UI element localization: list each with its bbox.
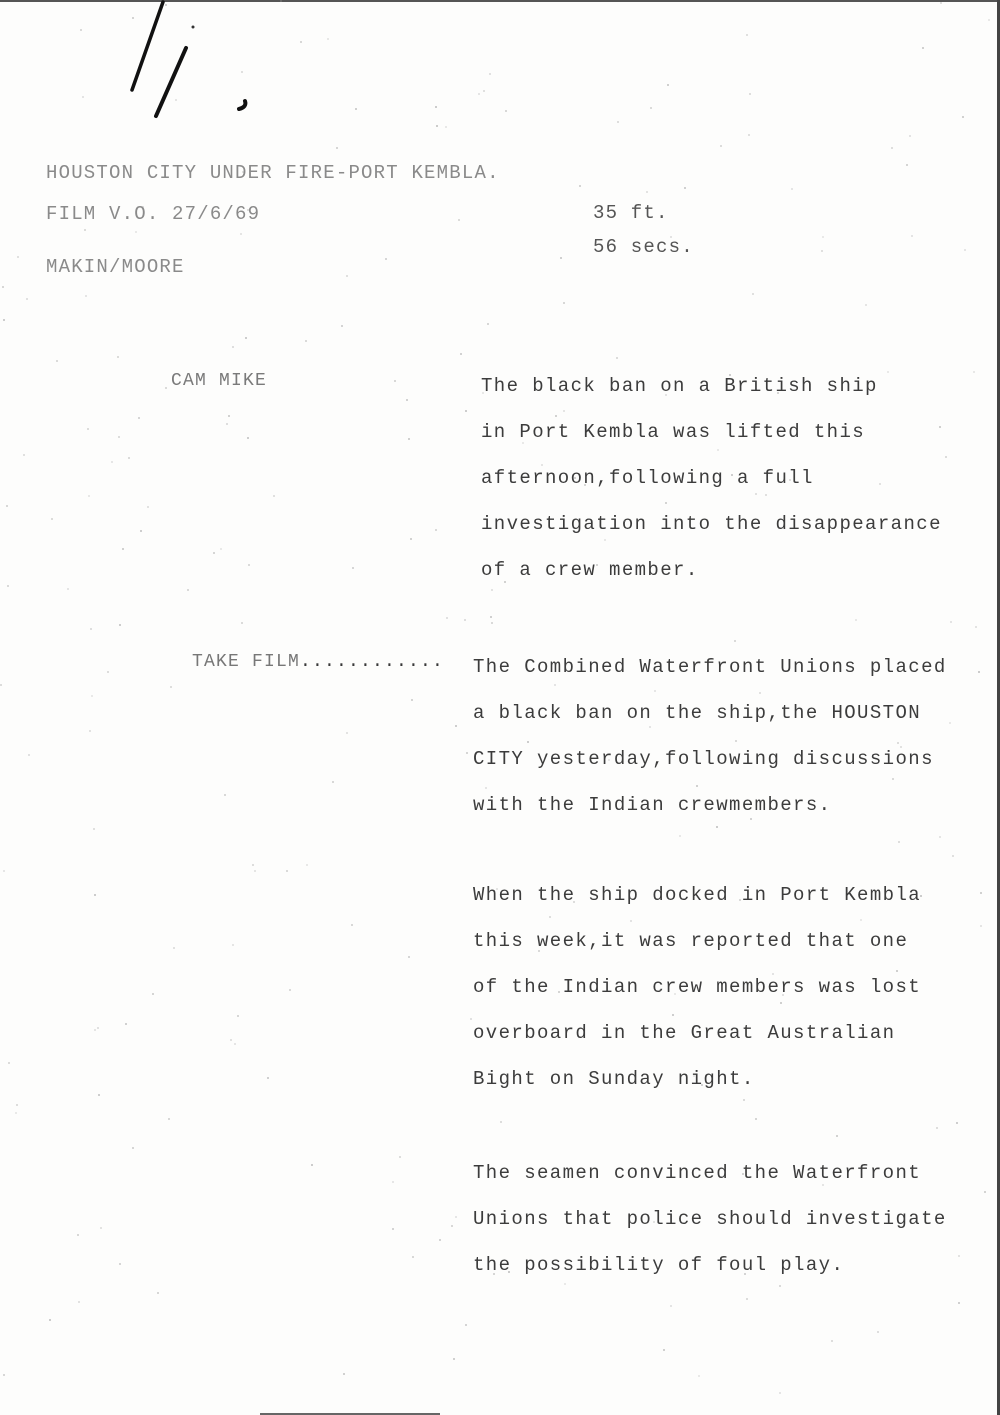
scan-speck	[496, 888, 498, 890]
film-format-and-date: FILM V.O. 27/6/69	[46, 203, 260, 225]
scan-speck	[831, 1340, 833, 1342]
script-line: with the Indian crewmembers.	[473, 782, 947, 828]
scan-speck	[574, 477, 576, 479]
scan-speck	[26, 298, 28, 300]
scan-speck	[746, 34, 748, 36]
scan-speck	[173, 947, 175, 949]
scan-speck	[860, 919, 862, 921]
reporter-credits: MAKIN/MOORE	[46, 256, 185, 278]
scan-speck	[900, 746, 902, 748]
scan-speck	[596, 564, 598, 566]
scan-speck	[100, 1227, 102, 1229]
scan-speck	[3, 319, 5, 321]
scan-speck	[111, 461, 113, 463]
scan-speck	[988, 19, 990, 21]
scan-speck	[84, 229, 86, 231]
script-paragraph-2: The Combined Waterfront Unions placed a …	[473, 644, 947, 828]
scan-speck	[879, 483, 881, 485]
cue-cam-mike: CAM MIKE	[171, 371, 267, 391]
scan-speck	[604, 539, 606, 541]
scan-speck	[779, 1392, 781, 1394]
scan-speck	[247, 209, 249, 211]
scan-speck	[909, 135, 911, 137]
scan-speck	[906, 164, 908, 166]
scan-speck	[791, 188, 793, 190]
scan-speck	[346, 275, 348, 277]
scan-speck	[28, 754, 30, 756]
scan-speck	[936, 1127, 938, 1129]
scan-speck	[7, 585, 9, 587]
scan-speck	[142, 206, 144, 208]
scan-speck	[505, 110, 507, 112]
scan-speck	[289, 989, 291, 991]
script-line: of the Indian crew members was lost	[473, 964, 921, 1010]
scan-speck	[887, 371, 889, 373]
scan-speck	[665, 502, 667, 504]
scan-speck	[744, 1273, 746, 1275]
scan-speck	[273, 495, 275, 497]
scan-speck	[684, 187, 686, 189]
scan-speck	[187, 589, 189, 591]
scan-speck	[573, 901, 575, 903]
scan-speck	[213, 552, 215, 554]
script-line: afternoon,following a full	[481, 455, 942, 501]
scan-speck	[466, 752, 468, 754]
scan-speck	[720, 145, 722, 147]
script-page: HOUSTON CITY UNDER FIRE-PORT KEMBLA. FIL…	[0, 0, 1000, 1415]
scan-speck	[504, 581, 506, 583]
scan-speck	[875, 661, 877, 663]
scan-speck	[392, 1181, 394, 1183]
scan-speck	[436, 125, 438, 127]
scan-speck	[352, 567, 354, 569]
script-line: The Combined Waterfront Unions placed	[473, 644, 947, 690]
scan-speck	[617, 121, 619, 123]
cue-take-film: TAKE FILM............	[192, 652, 444, 672]
scan-speck	[554, 684, 556, 686]
script-line: The black ban on a British ship	[481, 363, 942, 409]
scan-speck	[952, 855, 954, 857]
scan-speck	[549, 916, 551, 918]
scan-speck	[332, 781, 334, 783]
scan-speck	[85, 295, 87, 297]
script-line: a black ban on the ship,the HOUSTON	[473, 690, 947, 736]
scan-speck	[749, 93, 751, 95]
scan-speck	[305, 340, 307, 342]
scan-speck	[729, 374, 731, 376]
scan-speck	[8, 1062, 10, 1064]
scan-speck	[717, 449, 719, 451]
scan-speck	[973, 371, 975, 373]
scan-speck	[98, 1094, 100, 1096]
scan-speck	[716, 826, 718, 828]
script-line: the possibility of foul play.	[473, 1242, 947, 1288]
scan-speck	[958, 1255, 960, 1257]
scan-speck	[232, 346, 234, 348]
scan-speck	[89, 730, 91, 732]
scan-speck	[750, 818, 752, 820]
scan-speck	[117, 356, 119, 358]
scan-speck	[980, 925, 982, 927]
scan-speck	[865, 304, 867, 306]
scan-speck	[891, 147, 893, 149]
scan-speck	[491, 622, 493, 624]
scan-speck	[78, 1301, 80, 1303]
scan-speck	[709, 898, 711, 900]
scan-speck	[949, 722, 951, 724]
scan-speck	[241, 71, 243, 73]
scan-speck	[412, 1256, 414, 1258]
scan-speck	[241, 622, 243, 624]
scan-speck	[439, 1239, 441, 1241]
scan-speck	[132, 1147, 134, 1149]
scan-speck	[822, 236, 824, 238]
scan-speck	[821, 250, 823, 252]
scan-speck	[138, 417, 140, 419]
scan-speck	[672, 1014, 674, 1016]
scan-speck	[564, 1283, 566, 1285]
scan-speck	[435, 106, 437, 108]
handwritten-slash-marks-icon	[120, 0, 280, 150]
scan-speck	[152, 993, 154, 995]
scan-speck	[385, 258, 387, 260]
scan-speck	[252, 864, 254, 866]
scan-speck	[950, 621, 952, 623]
scan-speck	[822, 1184, 824, 1186]
scan-speck	[616, 357, 618, 359]
scan-speck	[911, 235, 913, 237]
scan-speck	[779, 1285, 781, 1287]
scan-speck	[491, 589, 493, 591]
scan-speck	[336, 147, 338, 149]
story-slug-title: HOUSTON CITY UNDER FIRE-PORT KEMBLA.	[46, 162, 500, 184]
script-line: The seamen convinced the Waterfront	[473, 1150, 947, 1196]
scan-speck	[460, 353, 462, 355]
scan-speck	[735, 740, 737, 742]
scan-speck	[2, 286, 4, 288]
scan-speck	[855, 619, 857, 621]
scan-speck	[563, 302, 565, 304]
scan-speck	[224, 794, 226, 796]
scan-speck	[128, 457, 130, 459]
scan-speck	[653, 1221, 655, 1223]
scan-speck	[940, 2, 942, 4]
scan-speck	[311, 1164, 313, 1166]
scan-speck	[165, 4, 167, 6]
scan-speck	[3, 870, 5, 872]
scan-speck	[220, 548, 222, 550]
scan-speck	[563, 410, 565, 412]
scan-speck	[698, 1375, 700, 1377]
scan-speck	[17, 256, 19, 258]
script-paragraph-4: The seamen convinced the Waterfront Unio…	[473, 1150, 947, 1288]
scan-speck	[286, 870, 288, 872]
scan-speck	[455, 1216, 457, 1218]
scan-speck	[485, 787, 487, 789]
scan-speck	[15, 1112, 17, 1114]
scan-speck	[232, 944, 234, 946]
scan-speck	[464, 619, 466, 621]
scan-speck	[489, 73, 491, 75]
scan-speck	[119, 624, 121, 626]
scan-speck	[674, 993, 676, 995]
film-duration: 56 secs.	[593, 236, 694, 258]
scan-speck	[650, 107, 652, 109]
script-line: When the ship docked in Port Kembla	[473, 872, 921, 918]
scan-speck	[125, 1023, 127, 1025]
scan-speck	[49, 1319, 51, 1321]
scan-speck	[94, 894, 96, 896]
scan-speck	[777, 392, 779, 394]
scan-speck	[465, 410, 467, 412]
scan-speck	[3, 1374, 5, 1376]
scan-speck	[701, 1084, 703, 1086]
scan-speck	[748, 134, 750, 136]
scan-speck	[88, 495, 90, 497]
cue-take-film-label: TAKE FILM	[192, 652, 300, 672]
scan-speck	[228, 415, 230, 417]
scan-speck	[230, 1039, 232, 1041]
scan-speck	[897, 742, 899, 744]
scan-speck	[558, 991, 560, 993]
scan-speck	[739, 899, 741, 901]
scan-speck	[23, 454, 25, 456]
scan-speck	[408, 956, 410, 958]
scan-speck	[478, 93, 480, 95]
scan-speck	[734, 640, 736, 642]
scan-speck	[341, 325, 343, 327]
scan-speck	[458, 219, 460, 221]
scan-speck	[306, 864, 308, 866]
scan-speck	[451, 1225, 453, 1227]
scan-speck	[0, 684, 2, 686]
scan-speck	[355, 108, 357, 110]
script-line: investigation into the disappearance	[481, 501, 942, 547]
scan-speck	[122, 548, 124, 550]
scan-speck	[93, 828, 95, 830]
scan-speck	[16, 1104, 18, 1106]
scan-speck	[667, 84, 669, 86]
scan-speck	[165, 387, 167, 389]
scan-speck	[170, 686, 172, 688]
scan-speck	[663, 1349, 665, 1351]
scan-speck	[94, 1029, 96, 1031]
scan-speck	[654, 690, 656, 692]
scan-speck	[254, 870, 256, 872]
scan-speck	[445, 126, 447, 128]
scan-speck	[939, 836, 941, 838]
scan-speck	[630, 920, 632, 922]
scan-speck	[132, 17, 134, 19]
scan-speck	[487, 323, 489, 325]
scan-speck	[406, 399, 408, 401]
scan-speck	[226, 423, 228, 425]
scan-speck	[624, 520, 626, 522]
scan-speck	[892, 778, 894, 780]
scan-speck	[97, 1027, 99, 1029]
script-line: in Port Kembla was lifted this	[481, 409, 942, 455]
scan-speck	[493, 1273, 495, 1275]
scan-speck	[696, 785, 698, 787]
scan-speck	[490, 616, 492, 618]
scan-speck	[980, 892, 982, 894]
scan-speck	[118, 436, 120, 438]
scan-speck	[240, 233, 242, 235]
scan-speck	[82, 96, 84, 98]
scan-speck	[765, 494, 767, 496]
scan-speck	[780, 1002, 782, 1004]
scan-speck	[956, 1122, 958, 1124]
scan-speck	[522, 442, 524, 444]
film-length: 35 ft.	[593, 202, 669, 224]
scan-speck	[483, 90, 485, 92]
scan-speck	[527, 741, 529, 743]
scan-speck	[175, 99, 177, 101]
scan-speck	[399, 1156, 401, 1158]
scan-speck	[560, 257, 562, 259]
scan-speck	[56, 360, 58, 362]
scan-speck	[693, 1075, 695, 1077]
scan-speck	[922, 47, 924, 49]
scan-speck	[87, 428, 89, 430]
scan-speck	[541, 464, 543, 466]
scan-speck	[465, 1324, 467, 1326]
scan-speck	[608, 759, 610, 761]
script-line: overboard in the Great Australian	[473, 1010, 921, 1056]
scan-speck	[508, 1271, 510, 1273]
scan-speck	[248, 564, 250, 566]
scan-speck	[242, 171, 244, 173]
scan-speck	[665, 394, 667, 396]
scan-speck	[267, 1077, 269, 1079]
scan-speck	[51, 518, 53, 520]
scan-speck	[107, 671, 109, 673]
scan-speck	[343, 1373, 345, 1375]
scan-speck	[410, 538, 412, 540]
scan-speck	[958, 1302, 960, 1304]
scan-speck	[453, 1358, 455, 1360]
scan-speck	[670, 1305, 672, 1307]
script-paragraph-1: The black ban on a British ship in Port …	[481, 363, 942, 593]
scan-speck	[742, 1173, 744, 1175]
scan-speck	[984, 1191, 986, 1193]
scan-speck	[408, 438, 410, 440]
scan-speck	[247, 437, 249, 439]
scan-speck	[482, 392, 484, 394]
scan-speck	[119, 1263, 121, 1265]
scan-speck	[772, 973, 774, 975]
scan-speck	[464, 175, 466, 177]
scan-speck	[538, 950, 540, 952]
script-paragraph-3: When the ship docked in Port Kembla this…	[473, 872, 921, 1102]
scan-speck	[91, 695, 93, 697]
scan-speck	[446, 617, 448, 619]
scan-speck	[759, 692, 761, 694]
scan-speck	[157, 1292, 159, 1294]
scan-speck	[147, 506, 149, 508]
scan-speck	[679, 835, 681, 837]
scan-speck	[584, 484, 586, 486]
scan-speck	[746, 1298, 748, 1300]
scan-speck	[782, 994, 784, 996]
scan-speck	[670, 236, 672, 238]
scan-speck	[327, 38, 329, 40]
scan-speck	[836, 1135, 838, 1137]
scan-speck	[920, 895, 922, 897]
scan-speck	[67, 588, 69, 590]
scan-speck	[752, 293, 754, 295]
scan-speck	[898, 841, 900, 843]
scan-speck	[500, 1121, 502, 1123]
scan-speck	[964, 249, 966, 251]
scan-speck	[743, 1099, 745, 1101]
scan-speck	[579, 185, 581, 187]
scan-speck	[789, 479, 791, 481]
scan-speck	[245, 337, 247, 339]
scan-speck	[470, 1018, 472, 1020]
scan-speck	[135, 231, 137, 233]
cue-dot-leader: ............	[300, 652, 444, 672]
script-line: of a crew member.	[481, 547, 942, 593]
scan-speck	[280, 0, 282, 2]
scan-speck	[649, 726, 651, 728]
scan-speck	[755, 1118, 757, 1120]
scan-speck	[392, 1228, 394, 1230]
script-line: Bight on Sunday night.	[473, 1056, 921, 1102]
scan-speck	[877, 1331, 879, 1333]
scan-speck	[122, 165, 124, 167]
scan-speck	[351, 924, 353, 926]
script-line: this week,it was reported that one	[473, 918, 921, 964]
scan-speck	[978, 671, 980, 673]
scan-speck	[80, 29, 82, 31]
scan-speck	[975, 626, 977, 628]
scan-speck	[6, 505, 8, 507]
scan-speck	[646, 191, 648, 193]
scan-speck	[755, 493, 757, 495]
scan-speck	[90, 628, 92, 630]
scan-speck	[300, 41, 302, 43]
scan-speck	[77, 1234, 79, 1236]
scan-speck	[140, 530, 142, 532]
scan-speck	[962, 116, 964, 118]
scan-speck	[411, 699, 413, 701]
scan-speck	[896, 970, 898, 972]
scan-speck	[659, 989, 661, 991]
scan-speck	[168, 1118, 170, 1120]
scan-speck	[945, 456, 947, 458]
scan-speck	[939, 426, 941, 428]
script-line: CITY yesterday,following discussions	[473, 736, 947, 782]
scan-speck	[346, 732, 348, 734]
script-line: Unions that police should investigate	[473, 1196, 947, 1242]
scan-speck	[731, 474, 733, 476]
scan-speck	[455, 725, 457, 727]
scan-speck	[394, 380, 396, 382]
scan-speck	[555, 415, 557, 417]
scan-speck	[237, 1015, 239, 1017]
scan-speck	[435, 529, 437, 531]
scan-speck	[234, 1043, 236, 1045]
